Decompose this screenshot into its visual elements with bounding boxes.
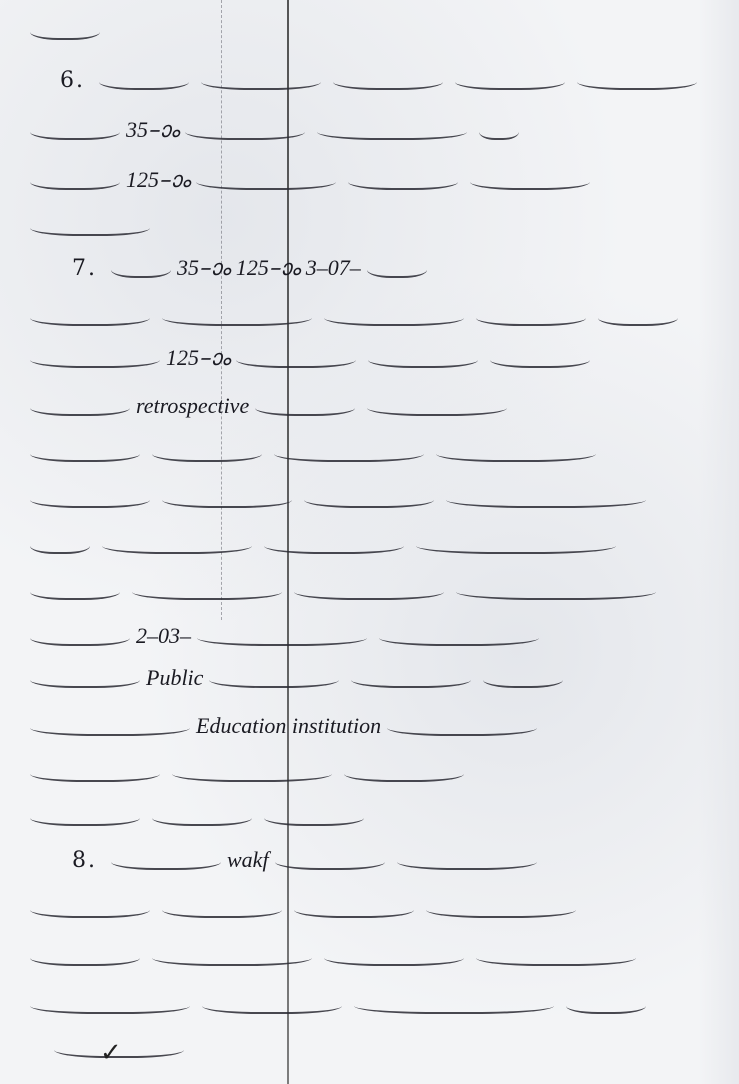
handwritten-word <box>436 442 596 462</box>
handwritten-word <box>30 120 120 140</box>
handwritten-line <box>0 528 739 568</box>
handwritten-word <box>30 626 130 646</box>
paragraph-number: 7. <box>72 256 97 281</box>
handwritten-word <box>479 120 519 140</box>
handwritten-word <box>152 946 312 966</box>
scanned-page: 6.35–ാം125–ാം7.35–ാം 125–ാം 3–07–125–ാംr… <box>0 0 739 1084</box>
handwritten-word <box>577 70 697 90</box>
handwritten-word <box>446 488 646 508</box>
handwritten-word <box>351 668 471 688</box>
handwritten-word <box>264 534 404 554</box>
handwritten-word <box>30 580 120 600</box>
handwritten-word <box>30 396 130 416</box>
handwritten-word <box>426 898 576 918</box>
handwritten-word <box>455 70 565 90</box>
handwritten-word <box>274 442 424 462</box>
handwritten-word <box>30 806 140 826</box>
handwritten-word <box>476 946 636 966</box>
paragraph-number: 8. <box>72 848 97 873</box>
handwritten-word <box>201 70 321 90</box>
handwritten-word <box>379 626 539 646</box>
handwritten-line: 125–ാം <box>0 164 739 204</box>
handwritten-word <box>368 348 478 368</box>
handwritten-word <box>162 488 292 508</box>
handwritten-word <box>30 534 90 554</box>
paragraph-number: 6. <box>60 68 85 93</box>
legible-fragment: 35–ാം 125–ാം 3–07– <box>177 255 361 280</box>
handwritten-word <box>344 762 464 782</box>
handwritten-word <box>30 994 190 1014</box>
handwritten-word <box>102 534 252 554</box>
handwritten-word <box>476 306 586 326</box>
handwritten-line <box>0 988 739 1028</box>
handwritten-word <box>598 306 678 326</box>
handwritten-word <box>294 580 444 600</box>
handwritten-word <box>387 716 537 736</box>
handwritten-word <box>209 668 339 688</box>
legible-fragment: wakf <box>227 847 269 872</box>
handwritten-word <box>470 170 590 190</box>
handwritten-line <box>0 436 739 476</box>
legible-fragment: retrospective <box>136 393 249 418</box>
handwritten-line <box>0 756 739 796</box>
handwritten-word <box>197 626 367 646</box>
handwritten-word <box>132 580 282 600</box>
handwritten-line: 8.wakf <box>0 844 739 884</box>
handwritten-word <box>30 216 150 236</box>
handwritten-word <box>99 70 189 90</box>
handwritten-line: Public <box>0 662 739 702</box>
handwritten-word <box>324 946 464 966</box>
handwritten-word <box>30 442 140 462</box>
handwritten-line: 7.35–ാം 125–ാം 3–07– <box>0 252 739 292</box>
handwritten-line <box>0 482 739 522</box>
check-mark-icon: ✓ <box>100 1038 122 1068</box>
handwritten-line: Education institution <box>0 710 739 750</box>
handwritten-line: 2–03– <box>0 620 739 660</box>
handwritten-word <box>275 850 385 870</box>
handwritten-line <box>0 574 739 614</box>
handwritten-word <box>317 120 467 140</box>
handwritten-word <box>111 850 221 870</box>
handwritten-word <box>30 170 120 190</box>
handwritten-word <box>333 70 443 90</box>
handwritten-word <box>294 898 414 918</box>
legible-fragment: 125–ാം <box>166 345 230 370</box>
handwritten-word <box>30 20 100 40</box>
handwritten-word <box>264 806 364 826</box>
handwritten-word <box>416 534 616 554</box>
handwritten-line <box>0 300 739 340</box>
handwritten-word <box>30 898 150 918</box>
handwritten-word <box>30 762 160 782</box>
handwritten-word <box>202 994 342 1014</box>
handwritten-word <box>367 258 427 278</box>
handwritten-word <box>111 258 171 278</box>
handwritten-word <box>236 348 356 368</box>
handwritten-word <box>196 170 336 190</box>
legible-fragment: 2–03– <box>136 623 191 648</box>
handwritten-word <box>456 580 656 600</box>
handwritten-word <box>172 762 332 782</box>
legible-fragment: Education institution <box>196 713 381 738</box>
handwritten-line <box>0 210 739 250</box>
handwritten-word <box>490 348 590 368</box>
handwritten-word <box>30 716 190 736</box>
handwritten-line: retrospective <box>0 390 739 430</box>
handwritten-word <box>30 306 150 326</box>
handwritten-word <box>483 668 563 688</box>
handwritten-word <box>30 668 140 688</box>
handwritten-word <box>152 442 262 462</box>
handwritten-line: 6. <box>0 64 739 104</box>
handwritten-word <box>30 946 140 966</box>
legible-fragment: 125–ാം <box>126 167 190 192</box>
legible-fragment: Public <box>146 665 203 690</box>
handwritten-word <box>162 898 282 918</box>
handwritten-word <box>566 994 646 1014</box>
handwritten-word <box>30 348 160 368</box>
handwritten-word <box>185 120 305 140</box>
handwritten-word <box>348 170 458 190</box>
handwritten-word <box>255 396 355 416</box>
handwritten-line: 125–ാം <box>0 342 739 382</box>
handwritten-line <box>0 892 739 932</box>
handwritten-word <box>367 396 507 416</box>
handwritten-word <box>397 850 537 870</box>
handwritten-word <box>152 806 252 826</box>
handwritten-line <box>0 940 739 980</box>
legible-fragment: 35–ാം <box>126 117 179 142</box>
handwritten-line <box>0 800 739 840</box>
handwritten-word <box>354 994 554 1014</box>
handwritten-word <box>162 306 312 326</box>
handwritten-word <box>30 488 150 508</box>
handwritten-word <box>324 306 464 326</box>
handwritten-line: 35–ാം <box>0 114 739 154</box>
handwritten-word <box>304 488 434 508</box>
handwritten-line <box>0 14 739 54</box>
